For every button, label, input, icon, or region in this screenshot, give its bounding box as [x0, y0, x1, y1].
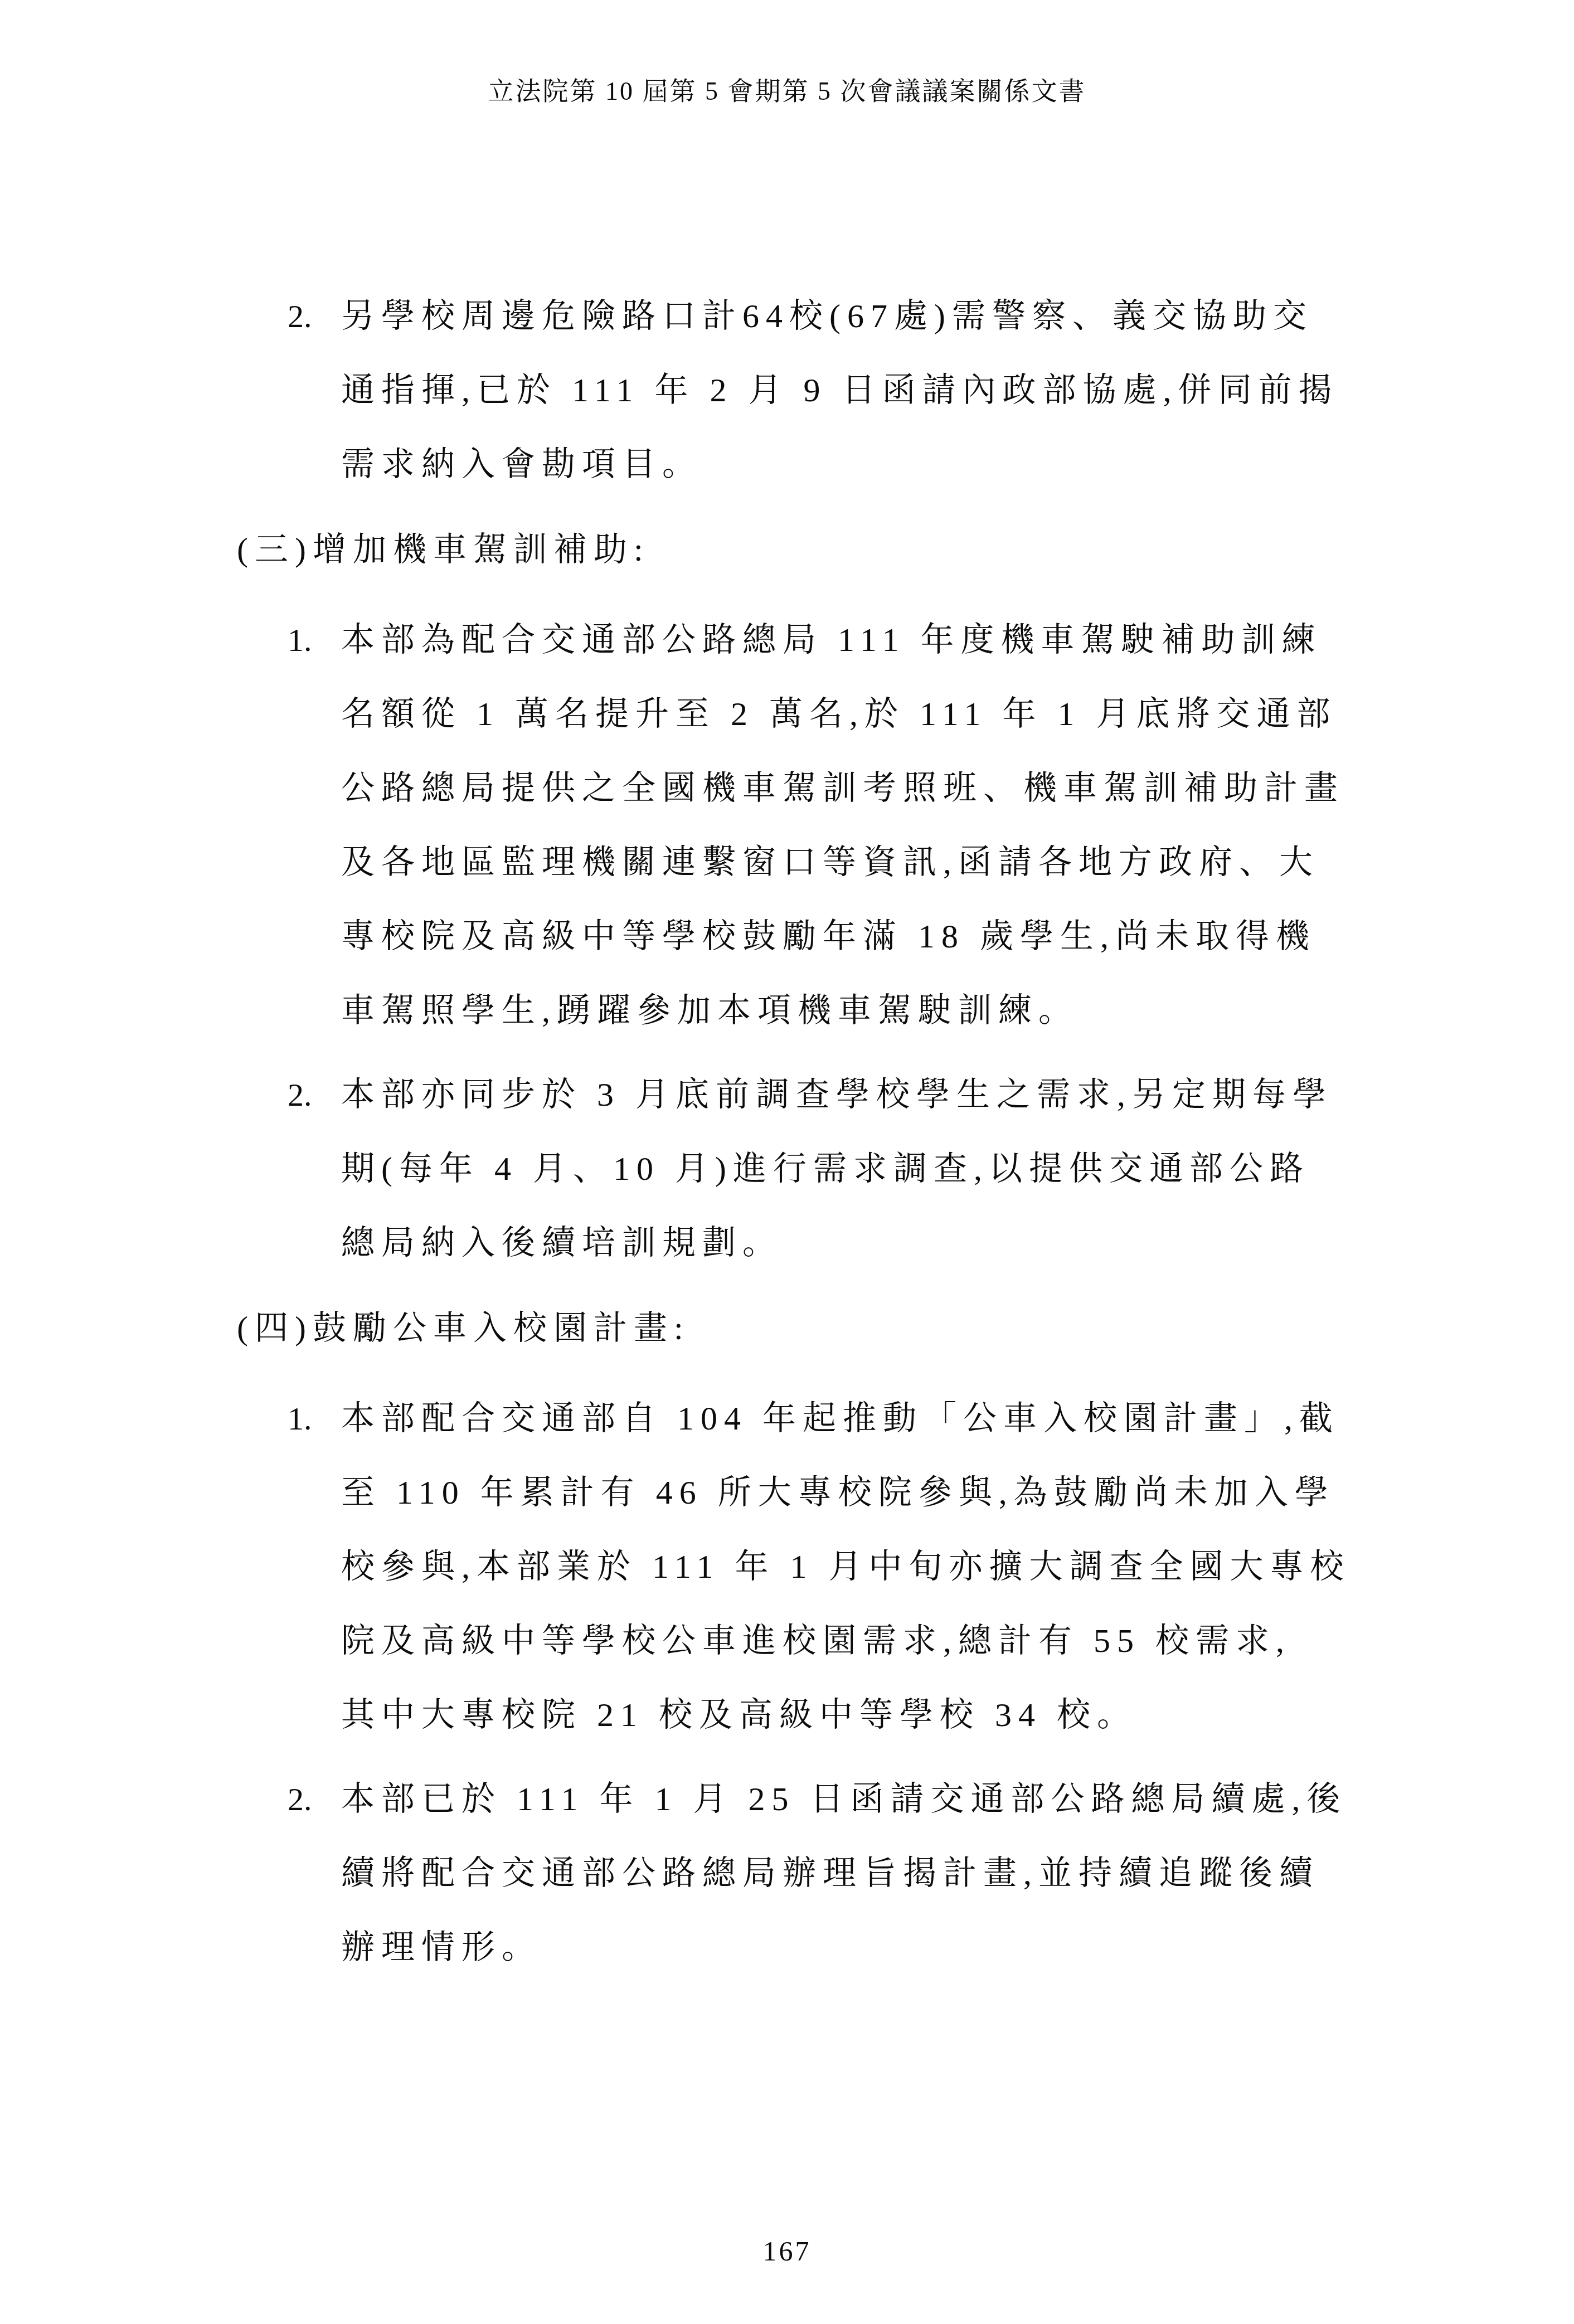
- list-item: 2. 本部亦同步於 3 月底前調查學校學生之需求,另定期每學 期(每年 4 月、…: [341, 1058, 1474, 1280]
- section-heading: (三)增加機車駕訓補助:: [237, 513, 1574, 587]
- page-number: 167: [0, 2231, 1574, 2271]
- item-number: 2.: [288, 1058, 312, 1132]
- text-line: 本部已於 111 年 1 月 25 日函請交通部公路總局續處,後: [341, 1762, 1474, 1836]
- text-line: 校參與,本部業於 111 年 1 月中旬亦擴大調查全國大專校: [341, 1530, 1474, 1604]
- document-page: 立法院第 10 屆第 5 會期第 5 次會議議案關係文書 2. 另學校周邊危險路…: [0, 0, 1574, 2324]
- item-number: 1.: [288, 603, 312, 677]
- text-line: 另學校周邊危險路口計64校(67處)需警察、義交協助交: [341, 279, 1474, 353]
- text-line: 院及高級中等學校公車進校園需求,總計有 55 校需求,: [341, 1604, 1474, 1678]
- item-number: 1.: [288, 1382, 312, 1456]
- text-line: 續將配合交通部公路總局辦理旨揭計畫,並持續追蹤後續: [341, 1836, 1474, 1910]
- text-line: 及各地區監理機關連繫窗口等資訊,函請各地方政府、大: [341, 825, 1474, 900]
- text-line: 車駕照學生,踴躍參加本項機車駕駛訓練。: [341, 974, 1474, 1048]
- text-line: 本部為配合交通部公路總局 111 年度機車駕駛補助訓練: [341, 603, 1474, 677]
- text-line: 總局納入後續培訓規劃。: [341, 1206, 1474, 1280]
- list-item: 1. 本部配合交通部自 104 年起推動「公車入校園計畫」,截 至 110 年累…: [341, 1382, 1474, 1752]
- item-number: 2.: [288, 279, 312, 353]
- text-line: 辦理情形。: [341, 1910, 1474, 1985]
- text-line: 通指揮,已於 111 年 2 月 9 日函請內政部協處,併同前揭: [341, 353, 1474, 427]
- text-line: 至 110 年累計有 46 所大專校院參與,為鼓勵尚未加入學: [341, 1456, 1474, 1530]
- text-line: 公路總局提供之全國機車駕訓考照班、機車駕訓補助計畫: [341, 751, 1474, 825]
- document-body: 2. 另學校周邊危險路口計64校(67處)需警察、義交協助交 通指揮,已於 11…: [0, 279, 1574, 1985]
- text-line: 專校院及高級中等學校鼓勵年滿 18 歲學生,尚未取得機: [341, 900, 1474, 974]
- list-item: 2. 另學校周邊危險路口計64校(67處)需警察、義交協助交 通指揮,已於 11…: [341, 279, 1474, 502]
- text-line: 本部亦同步於 3 月底前調查學校學生之需求,另定期每學: [341, 1058, 1474, 1132]
- text-line: 其中大專校院 21 校及高級中等學校 34 校。: [341, 1678, 1474, 1752]
- text-line: 名額從 1 萬名提升至 2 萬名,於 111 年 1 月底將交通部: [341, 677, 1474, 751]
- list-item: 1. 本部為配合交通部公路總局 111 年度機車駕駛補助訓練 名額從 1 萬名提…: [341, 603, 1474, 1048]
- section-heading: (四)鼓勵公車入校園計畫:: [237, 1291, 1574, 1365]
- text-line: 期(每年 4 月、10 月)進行需求調查,以提供交通部公路: [341, 1132, 1474, 1206]
- item-number: 2.: [288, 1762, 312, 1836]
- document-header-title: 立法院第 10 屆第 5 會期第 5 次會議議案關係文書: [0, 0, 1574, 111]
- text-line: 本部配合交通部自 104 年起推動「公車入校園計畫」,截: [341, 1382, 1474, 1456]
- list-item: 2. 本部已於 111 年 1 月 25 日函請交通部公路總局續處,後 續將配合…: [341, 1762, 1474, 1985]
- text-line: 需求納入會勘項目。: [341, 427, 1474, 502]
